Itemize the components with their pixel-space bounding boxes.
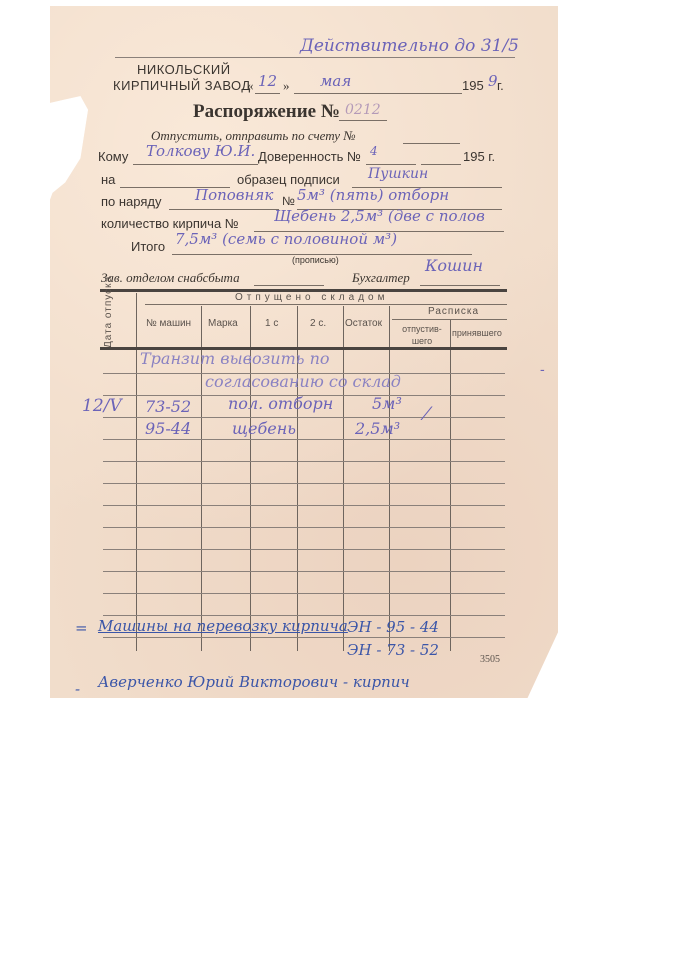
row-line [103, 439, 505, 440]
margin-mark: - [540, 362, 545, 378]
person-note: Аверченко Юрий Викторович - кирпич [98, 673, 410, 691]
row-line [103, 461, 505, 462]
vehicle-plate-1: ЭН - 95 - 44 [347, 618, 439, 636]
vehicle-plate-2: ЭН - 73 - 52 [347, 641, 439, 659]
date-month: мая [320, 72, 351, 90]
total-value: 7,5м³ (семь с половиной м³) [175, 230, 397, 248]
person-note-bullet: - [75, 680, 80, 698]
work-order-rule [169, 209, 279, 210]
col-second-grade-header: 2 с. [310, 318, 326, 329]
document-title: Распоряжение № [193, 101, 340, 123]
work-order-value: Поповняк [195, 186, 273, 204]
row-grade: щебень [232, 419, 296, 438]
col-received-by-header: принявшего [452, 328, 502, 338]
row-quantity: 5м³ [372, 394, 402, 413]
row-line [103, 417, 505, 418]
receipt-signature-mark: ⁄ [425, 404, 428, 425]
to-rule [133, 164, 258, 165]
date-close-quote: » [283, 78, 290, 94]
date-open-quote: « [247, 78, 254, 94]
transit-note-line1: Транзит вывозить по [140, 349, 330, 368]
work-order-label: по наряду [101, 194, 162, 209]
row-line [103, 593, 505, 594]
transit-note-line2: согласованию со склад [205, 372, 401, 391]
col-released-by-header: отпустив-шего [396, 323, 448, 347]
supply-head-label: Зав. отделом снабсбыта [101, 270, 240, 286]
on-label: на [101, 172, 115, 187]
poa-date-rule [421, 164, 461, 165]
row-quantity: 2,5м³ [355, 419, 400, 438]
row-line [103, 549, 505, 550]
accountant-signature: Кошин [425, 256, 483, 275]
row-line [103, 615, 505, 616]
total-label: Итого [131, 239, 165, 254]
signature-sample-value: Пушкин [368, 166, 428, 182]
row-date: 12/V [82, 396, 122, 416]
date-column-header: Дата отпуска [103, 276, 114, 348]
form-code: 3505 [480, 654, 500, 665]
signature-sample-label: образец подписи [237, 172, 340, 187]
brick-qty-value: Щебень 2,5м³ (две с полов [274, 207, 485, 225]
released-header: Отпущено складом [235, 292, 388, 303]
col-first-grade-header: 1 с [265, 318, 278, 329]
table-vline-4 [343, 306, 344, 651]
date-year-suffix: г. [497, 78, 504, 93]
vehicles-note: Машины на перевозку кирпича [98, 617, 348, 635]
order-number-rule [339, 120, 387, 121]
released-subrule [145, 304, 507, 305]
date-year-prefix: 195 [462, 78, 484, 93]
organization-name-line2: КИРПИЧНЫЙ ЗАВОД [113, 78, 251, 93]
row-line [103, 483, 505, 484]
accountant-label: Бухгалтер [352, 270, 410, 286]
invoice-number-rule [403, 143, 460, 144]
receipt-header: Расписка [428, 306, 479, 317]
supply-head-rule [254, 285, 324, 286]
accountant-rule [420, 285, 500, 286]
date-day-rule [255, 93, 280, 94]
brick-qty-label: количество кирпича № [101, 216, 239, 231]
poa-year-label: 195 г. [463, 149, 495, 164]
organization-name-line1: НИКОЛЬСКИЙ [137, 62, 231, 77]
row-line [103, 505, 505, 506]
header-rule [115, 57, 515, 58]
work-order-number-value: 5м³ (пять) отборн [297, 186, 449, 204]
receipt-subrule [392, 319, 507, 320]
row-vehicle: 95-44 [145, 419, 191, 438]
row-line [103, 571, 505, 572]
table-vline-5 [389, 306, 390, 651]
row-grade: пол. отборн [228, 394, 333, 413]
row-line [103, 527, 505, 528]
to-label: Кому [98, 149, 128, 164]
table-vline-6 [450, 320, 451, 651]
order-number: 0212 [345, 102, 381, 118]
work-order-number-label: № [282, 194, 295, 208]
row-line [103, 637, 505, 638]
validity-annotation: Действительно до 31/5 [300, 36, 519, 56]
poa-number-rule [366, 164, 416, 165]
date-month-rule [294, 93, 462, 94]
power-of-attorney-value: 4 [370, 144, 378, 158]
col-balance-header: Остаток [345, 318, 382, 329]
date-day: 12 [258, 72, 277, 90]
to-value: Толкову Ю.И. [146, 142, 255, 160]
power-of-attorney-label: Доверенность № [258, 149, 361, 164]
in-words-hint: (прописью) [292, 255, 339, 265]
col-vehicle-header: № машин [146, 318, 191, 329]
row-vehicle: 73-52 [145, 397, 191, 416]
vehicles-note-bullet: = [75, 619, 88, 637]
col-grade-header: Марка [208, 318, 238, 329]
